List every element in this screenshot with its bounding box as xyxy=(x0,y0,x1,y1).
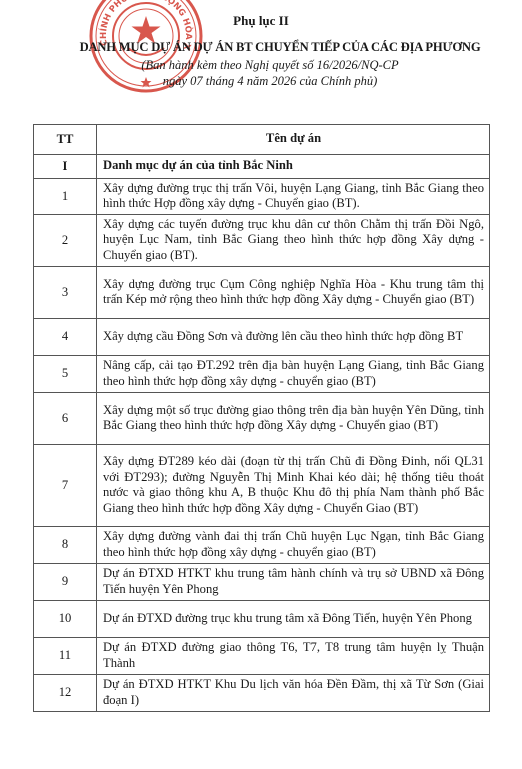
column-header-tt: TT xyxy=(34,125,97,155)
row-number: 7 xyxy=(34,445,97,527)
table-row: 4 Xây dựng cầu Đồng Sơn và đường lên cầu… xyxy=(34,319,490,356)
project-name: Nâng cấp, cải tạo ĐT.292 trên địa bàn hu… xyxy=(97,356,490,393)
row-number: 6 xyxy=(34,393,97,445)
subtitle-line-1: (Ban hành kèm theo Nghị quyết số 16/2026… xyxy=(70,58,470,73)
project-name: Dự án ĐTXD HTKT Khu Du lịch văn hóa Đền … xyxy=(97,675,490,712)
table-row: 9 Dự án ĐTXD HTKT khu trung tâm hành chí… xyxy=(34,564,490,601)
column-header-project-name: Tên dự án xyxy=(97,125,490,155)
row-number: 3 xyxy=(34,267,97,319)
row-number: 8 xyxy=(34,527,97,564)
table-row: 10 Dự án ĐTXD đường trục khu trung tâm x… xyxy=(34,601,490,638)
section-number: I xyxy=(34,155,97,179)
project-name: Xây dựng ĐT289 kéo dài (đoạn từ thị trấn… xyxy=(97,445,490,527)
project-name: Xây dựng đường vành đai thị trấn Chũ huy… xyxy=(97,527,490,564)
table-row: 5 Nâng cấp, cải tạo ĐT.292 trên địa bàn … xyxy=(34,356,490,393)
project-name: Xây dựng đường trục thị trấn Vôi, huyện … xyxy=(97,179,490,215)
row-number: 5 xyxy=(34,356,97,393)
table-header-row: TT Tên dự án xyxy=(34,125,490,155)
table-row: 12 Dự án ĐTXD HTKT Khu Du lịch văn hóa Đ… xyxy=(34,675,490,712)
row-number: 10 xyxy=(34,601,97,638)
table-row: 11 Dự án ĐTXD đường giao thông T6, T7, T… xyxy=(34,638,490,675)
document-title: DANH MỤC DỰ ÁN DỰ ÁN BT CHUYỂN TIẾP CỦA … xyxy=(60,40,500,55)
row-number: 4 xyxy=(34,319,97,356)
table-row: 7 Xây dựng ĐT289 kéo dài (đoạn từ thị tr… xyxy=(34,445,490,527)
project-name: Xây dựng các tuyến đường trục khu dân cư… xyxy=(97,215,490,267)
section-row: I Danh mục dự án của tỉnh Bắc Ninh xyxy=(34,155,490,179)
project-name: Xây dựng đường trục Cụm Công nghiệp Nghĩ… xyxy=(97,267,490,319)
project-name: Dự án ĐTXD HTKT khu trung tâm hành chính… xyxy=(97,564,490,601)
row-number: 12 xyxy=(34,675,97,712)
project-table: TT Tên dự án I Danh mục dự án của tỉnh B… xyxy=(33,124,490,712)
project-name: Xây dựng một số trục đường giao thông tr… xyxy=(97,393,490,445)
section-title: Danh mục dự án của tỉnh Bắc Ninh xyxy=(97,155,490,179)
row-number: 9 xyxy=(34,564,97,601)
project-name: Xây dựng cầu Đồng Sơn và đường lên cầu t… xyxy=(97,319,490,356)
table-row: 3 Xây dựng đường trục Cụm Công nghiệp Ng… xyxy=(34,267,490,319)
subtitle-line-2: ngày 07 tháng 4 năm 2026 của Chính phủ) xyxy=(70,74,470,89)
table-row: 8 Xây dựng đường vành đai thị trấn Chũ h… xyxy=(34,527,490,564)
project-name: Dự án ĐTXD đường trục khu trung tâm xã Đ… xyxy=(97,601,490,638)
table-row: 2 Xây dựng các tuyến đường trục khu dân … xyxy=(34,215,490,267)
row-number: 1 xyxy=(34,179,97,215)
appendix-title: Phụ lục II xyxy=(0,13,522,29)
project-name: Dự án ĐTXD đường giao thông T6, T7, T8 t… xyxy=(97,638,490,675)
table-row: 1 Xây dựng đường trục thị trấn Vôi, huyệ… xyxy=(34,179,490,215)
table-row: 6 Xây dựng một số trục đường giao thông … xyxy=(34,393,490,445)
row-number: 2 xyxy=(34,215,97,267)
row-number: 11 xyxy=(34,638,97,675)
